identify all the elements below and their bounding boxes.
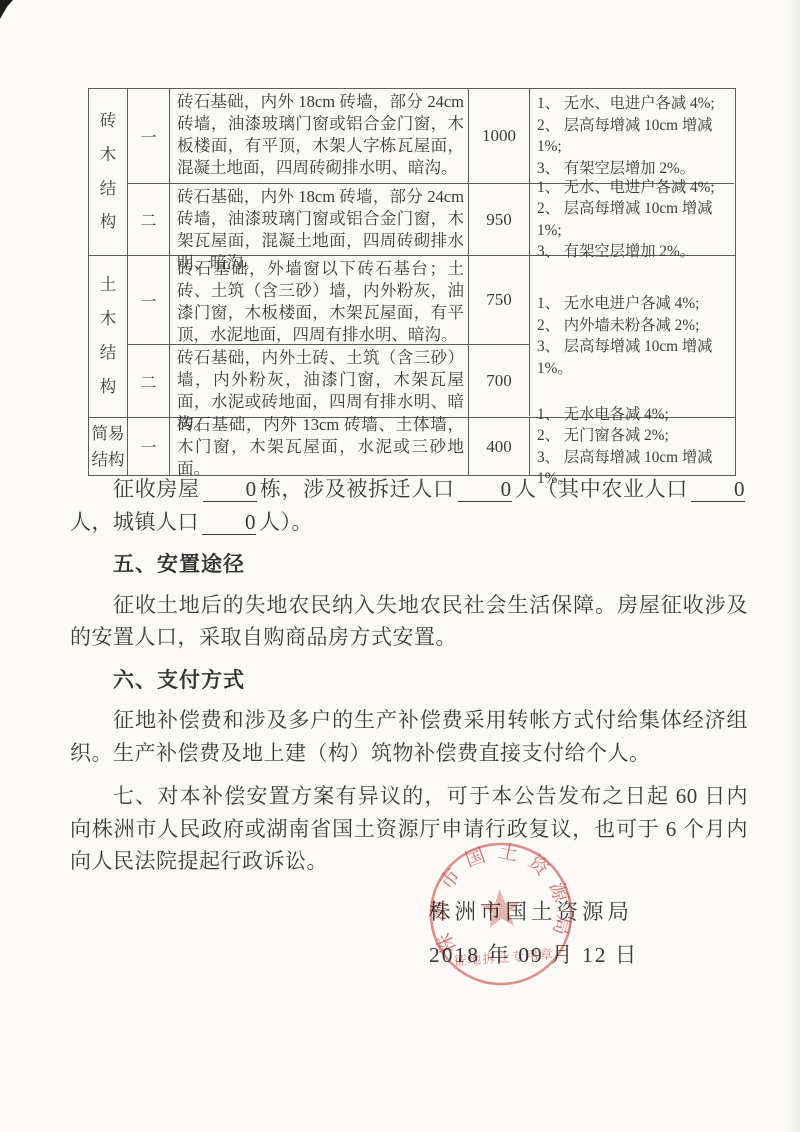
- structure-type-label: 砖木结构: [99, 104, 116, 239]
- counts-text: 人（其中农业人口: [515, 477, 688, 501]
- table-group-earth-wood: 土木结构 一 砖石基础，外墙窗以下砖石基台；土砖、土筑（含三砂）墙，内外粉灰，油…: [89, 255, 735, 417]
- description-cell: 砖石基础，内外 18cm 砖墙，部分 24cm 砖墙，油漆玻璃门窗或铝合金门窗，…: [169, 184, 468, 255]
- price-cell: 950: [468, 184, 529, 255]
- grade-cell: 一: [127, 256, 169, 344]
- grade-cell: 二: [127, 184, 169, 255]
- price-cell: 400: [468, 418, 529, 475]
- section5-heading: 五、安置途径: [70, 549, 748, 582]
- structure-type-cell: 砖木结构: [89, 89, 127, 254]
- notes-cell: 1、 无水、电进户各减 4%; 2、 层高每增减 10cm 增减 1%; 3、 …: [529, 89, 734, 183]
- grade-cell: 一: [127, 418, 169, 475]
- description-cell: 砖石基础，内外 18cm 砖墙，部分 24cm 砖墙，油漆玻璃门窗或铝合金门窗，…: [169, 89, 468, 183]
- counts-text: 征收房屋: [113, 477, 200, 501]
- signature-date: 2018 年 09 月 12 日: [429, 938, 638, 969]
- notes-cell-merged: 1、 无水电进户各减 4%; 2、 内外墙未粉各减 2%; 3、 层高每增减 1…: [529, 256, 734, 416]
- price-cell: 700: [468, 345, 529, 417]
- note-line: 1、 无水电各减 4%;: [537, 404, 732, 426]
- counts-text: 人）。: [259, 510, 313, 534]
- compensation-standards-table: 砖木结构 一 砖石基础，内外 18cm 砖墙，部分 24cm 砖墙，油漆玻璃门窗…: [88, 88, 736, 476]
- section5-paragraph: 征收土地后的失地农民纳入失地农民社会生活保障。房屋征收涉及的安置人口，采取自购商…: [70, 589, 748, 654]
- note-line: 2、 层高每增减 10cm 增减 1%;: [537, 198, 732, 241]
- section7-paragraph: 七、对本补偿安置方案有异议的，可于本公告发布之日起 60 日内向株洲市人民政府或…: [70, 780, 748, 878]
- table-row: 一 砖石基础，外墙窗以下砖石基台；土砖、土筑（含三砂）墙，内外粉灰，油漆门窗，木…: [127, 256, 529, 344]
- section6-heading: 六、支付方式: [70, 665, 748, 698]
- notes-cell: 1、 无水、电进户各减 4%; 2、 层高每增减 10cm 增减 1%; 3、 …: [529, 184, 734, 255]
- note-line: 3、 层高每增减 10cm 增减 1%。: [537, 336, 732, 379]
- note-line: 1、 无水、电进户各减 4%;: [537, 177, 732, 199]
- counts-text: 人，城镇人口: [70, 510, 199, 534]
- description-cell: 砖石基础，内外土砖、土筑（含三砂）墙，内外粉灰，油漆门窗，木架瓦屋面，水泥或砖地…: [169, 345, 468, 417]
- count-agricultural-people: 0: [691, 478, 745, 502]
- signature-organization: 株洲市国土资源局: [429, 895, 633, 926]
- note-line: 2、 内外墙未粉各减 2%;: [537, 315, 732, 337]
- table-group-brick-wood: 砖木结构 一 砖石基础，内外 18cm 砖墙，部分 24cm 砖墙，油漆玻璃门窗…: [89, 89, 735, 255]
- section6-paragraph: 征地补偿费和涉及多户的生产补偿费采用转帐方式付给集体经济组织。生产补偿费及地上建…: [70, 704, 748, 769]
- count-buildings: 0: [203, 478, 257, 502]
- counts-text: 栋，涉及被拆迁人口: [260, 477, 455, 501]
- table-row: 二 砖石基础，内外 18cm 砖墙，部分 24cm 砖墙，油漆玻璃门窗或铝合金门…: [127, 183, 734, 255]
- structure-type-cell: 土木结构: [89, 256, 127, 416]
- count-urban-people: 0: [202, 511, 256, 535]
- description-cell: 砖石基础，外墙窗以下砖石基台；土砖、土筑（含三砂）墙，内外粉灰，油漆门窗，木板楼…: [169, 256, 468, 344]
- grade-cell: 一: [127, 89, 169, 183]
- counts-paragraph: 征收房屋0栋，涉及被拆迁人口0人（其中农业人口0人，城镇人口0人）。: [70, 473, 748, 538]
- notes-cell: 1、 无水电各减 4%; 2、 无门窗各减 2%; 3、 层高每增减 10cm …: [529, 418, 734, 475]
- price-cell: 1000: [468, 89, 529, 183]
- table-row: 二 砖石基础，内外土砖、土筑（含三砂）墙，内外粉灰，油漆门窗，木架瓦屋面，水泥或…: [127, 344, 529, 417]
- note-line: 1、 无水电进户各减 4%;: [537, 293, 732, 315]
- note-line: 1、 无水、电进户各减 4%;: [537, 93, 732, 115]
- structure-type-label: 土木结构: [99, 268, 116, 403]
- price-cell: 750: [468, 256, 529, 344]
- structure-type-cell: 简易结构: [89, 418, 127, 475]
- document-page: 砖木结构 一 砖石基础，内外 18cm 砖墙，部分 24cm 砖墙，油漆玻璃门窗…: [0, 0, 800, 1132]
- description-cell: 砖石基础，内外 13cm 砖墙、土体墙，木门窗，木架瓦屋面，水泥或三砂地面。: [169, 418, 468, 475]
- note-line: 2、 层高每增减 10cm 增减 1%;: [537, 115, 732, 158]
- scan-corner-artifact: [0, 0, 13, 19]
- grade-cell: 二: [127, 345, 169, 417]
- structure-type-label: 简易结构: [90, 421, 125, 472]
- document-body: 征收房屋0栋，涉及被拆迁人口0人（其中农业人口0人，城镇人口0人）。 五、安置途…: [70, 473, 748, 878]
- note-line: 2、 无门窗各减 2%;: [537, 425, 732, 447]
- count-relocated-people: 0: [458, 478, 512, 502]
- scan-edge-shadow: [786, 0, 800, 1132]
- table-group-simple: 简易结构 一 砖石基础，内外 13cm 砖墙、土体墙，木门窗，木架瓦屋面，水泥或…: [89, 417, 735, 475]
- table-row: 一 砖石基础，内外 18cm 砖墙，部分 24cm 砖墙，油漆玻璃门窗或铝合金门…: [127, 89, 734, 183]
